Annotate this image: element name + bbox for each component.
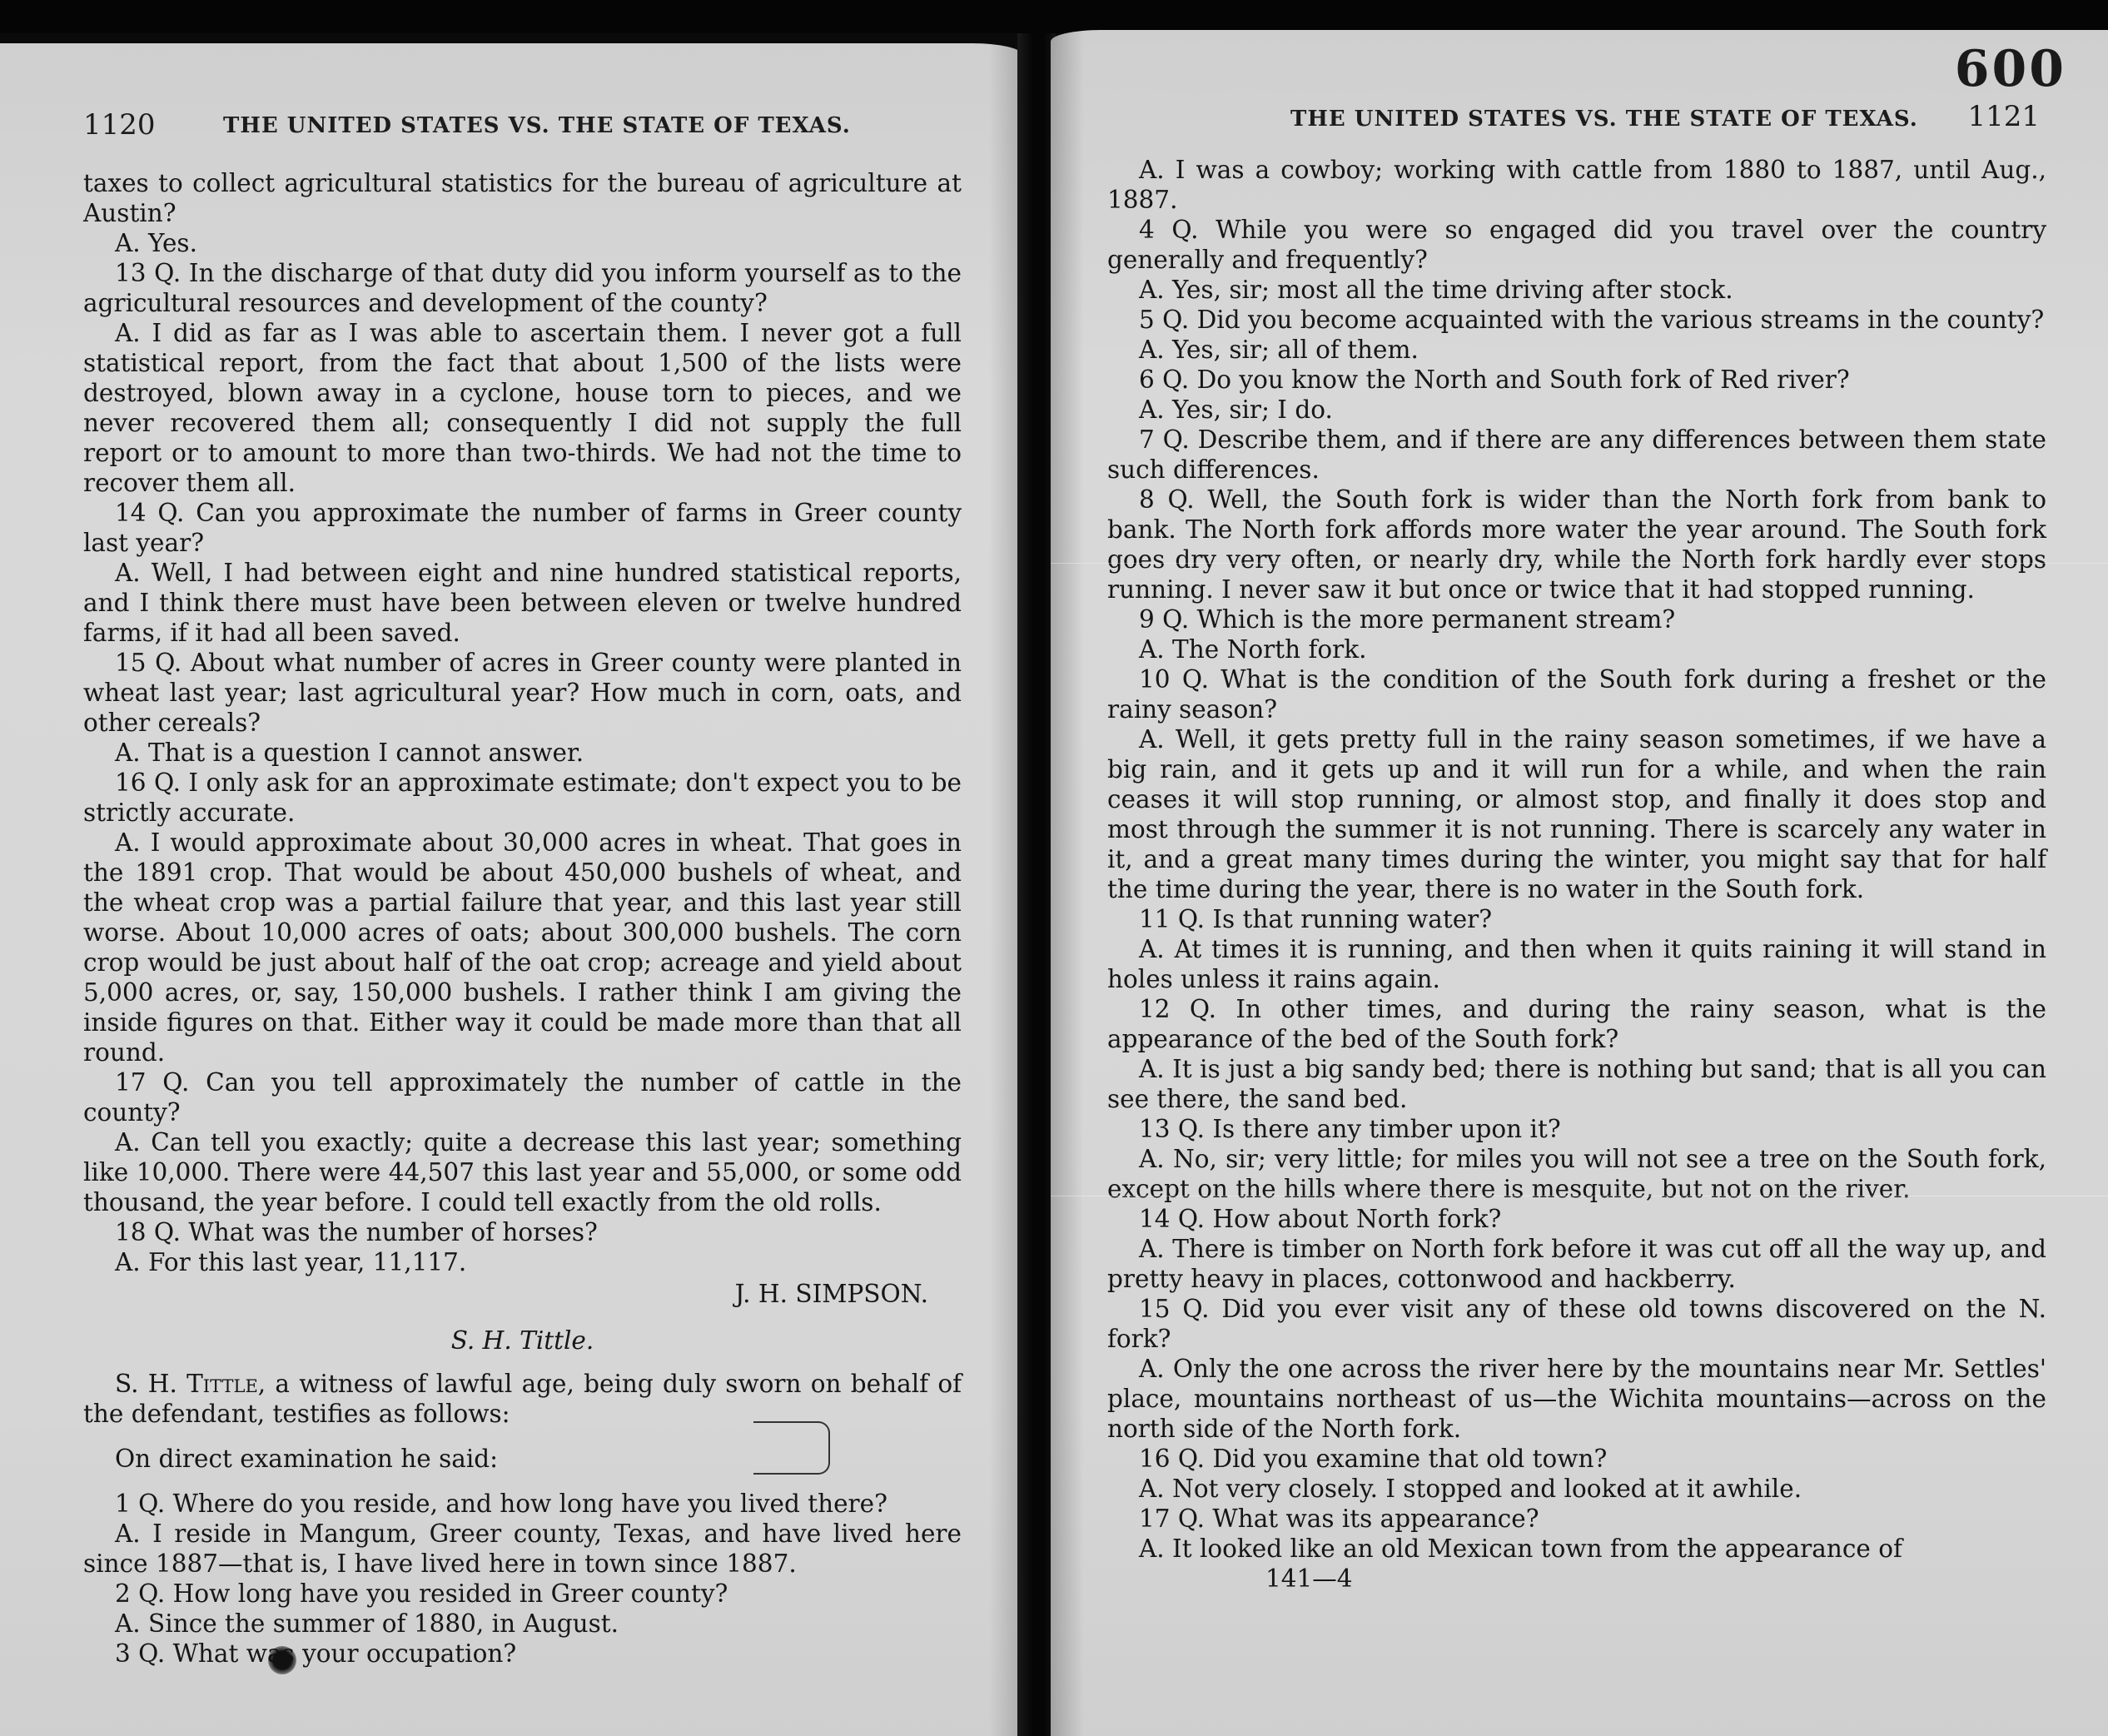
paragraph: 8 Q. Well, the South fork is wider than … (1107, 485, 2046, 604)
witness-name: S. H. Tittle (115, 1370, 258, 1398)
page-number: 1121 (1967, 100, 2040, 133)
paragraph: taxes to collect agricultural statistics… (83, 168, 962, 228)
paragraph: A. I did as far as I was able to ascerta… (83, 318, 962, 498)
scan-top-border (0, 0, 2108, 33)
left-page: 1120 THE UNITED STATES VS. THE STATE OF … (0, 43, 1022, 1736)
paragraph: 18 Q. What was the number of horses? (83, 1217, 962, 1247)
paragraph: A. Only the one across the river here by… (1107, 1354, 2046, 1444)
paragraph: 16 Q. I only ask for an approximate esti… (83, 768, 962, 828)
testimony-line: 3 Q. What was your occupation? (83, 1639, 962, 1669)
ink-blot (268, 1646, 296, 1674)
running-title: THE UNITED STATES VS. THE STATE OF TEXAS… (1290, 107, 1918, 132)
paragraph: A. The North fork. (1107, 634, 2046, 664)
paragraph: 13 Q. In the discharge of that duty did … (83, 258, 962, 318)
paragraph: A. Not very closely. I stopped and looke… (1107, 1474, 2046, 1504)
witness-intro: S. H. Tittle, a witness of lawful age, b… (83, 1369, 962, 1429)
page-number: 1120 (83, 108, 156, 142)
witness-heading: S. H. Tittle. (83, 1326, 962, 1355)
paragraph: A. At times it is running, and then when… (1107, 934, 2046, 994)
paragraph: 5 Q. Did you become acquainted with the … (1107, 305, 2046, 335)
paragraph: A. Yes. (83, 228, 962, 258)
paragraph: 9 Q. Which is the more permanent stream? (1107, 604, 2046, 634)
paragraph: 6 Q. Do you know the North and South for… (1107, 365, 2046, 395)
paragraph: 17 Q. What was its appearance? (1107, 1504, 2046, 1534)
paragraph: A. Yes, sir; I do. (1107, 395, 2046, 425)
right-page-body: A. I was a cowboy; working with cattle f… (1107, 155, 2046, 1594)
paragraph: 15 Q. Did you ever visit any of these ol… (1107, 1294, 2046, 1354)
stamped-folio-number: 600 (1955, 40, 2066, 98)
paragraph: A. Yes, sir; all of them. (1107, 335, 2046, 365)
paragraph: A. Well, I had between eight and nine hu… (83, 558, 962, 648)
page-fold-line (1051, 563, 2108, 564)
paragraph: A. Yes, sir; most all the time driving a… (1107, 275, 2046, 305)
paragraph: 10 Q. What is the condition of the South… (1107, 664, 2046, 724)
paragraph: A. I was a cowboy; working with cattle f… (1107, 155, 2046, 215)
testimony-line: A. Since the summer of 1880, in August. (83, 1609, 962, 1639)
paragraph: A. There is timber on North fork before … (1107, 1234, 2046, 1294)
paragraph: A. That is a question I cannot answer. (83, 738, 962, 768)
paragraph: 17 Q. Can you tell approximately the num… (83, 1067, 962, 1127)
paragraph: A. Can tell you exactly; quite a decreas… (83, 1127, 962, 1217)
paragraph: A. Well, it gets pretty full in the rain… (1107, 724, 2046, 904)
paragraph: 7 Q. Describe them, and if there are any… (1107, 425, 2046, 485)
paragraph: 15 Q. About what number of acres in Gree… (83, 648, 962, 738)
testimony-line: 2 Q. How long have you resided in Greer … (83, 1579, 962, 1609)
paragraph: 4 Q. While you were so engaged did you t… (1107, 215, 2046, 275)
witness-signature: J. H. SIMPSON. (83, 1279, 962, 1309)
paragraph: A. It is just a big sandy bed; there is … (1107, 1054, 2046, 1114)
paragraph: A. It looked like an old Mexican town fr… (1107, 1534, 2046, 1564)
testimony-line: A. I reside in Mangum, Greer county, Tex… (83, 1519, 962, 1579)
paragraph: 16 Q. Did you examine that old town? (1107, 1444, 2046, 1474)
paragraph: A. I would approximate about 30,000 acre… (83, 828, 962, 1067)
paragraph: A. For this last year, 11,117. (83, 1247, 962, 1277)
paragraph: 14 Q. Can you approximate the number of … (83, 498, 962, 558)
testimony-line: 1 Q. Where do you reside, and how long h… (83, 1489, 962, 1519)
pencil-bracket-mark (753, 1421, 830, 1475)
paragraph: 13 Q. Is there any timber upon it? (1107, 1114, 2046, 1144)
paragraph: 11 Q. Is that running water? (1107, 904, 2046, 934)
printer-signature-mark: 141—4 (1107, 1564, 2046, 1594)
running-title: THE UNITED STATES VS. THE STATE OF TEXAS… (223, 113, 851, 138)
page-fold-line (1051, 1196, 2108, 1196)
paragraph: 12 Q. In other times, and during the rai… (1107, 994, 2046, 1054)
paragraph: 14 Q. How about North fork? (1107, 1204, 2046, 1234)
right-page: 600 THE UNITED STATES VS. THE STATE OF T… (1051, 30, 2108, 1736)
